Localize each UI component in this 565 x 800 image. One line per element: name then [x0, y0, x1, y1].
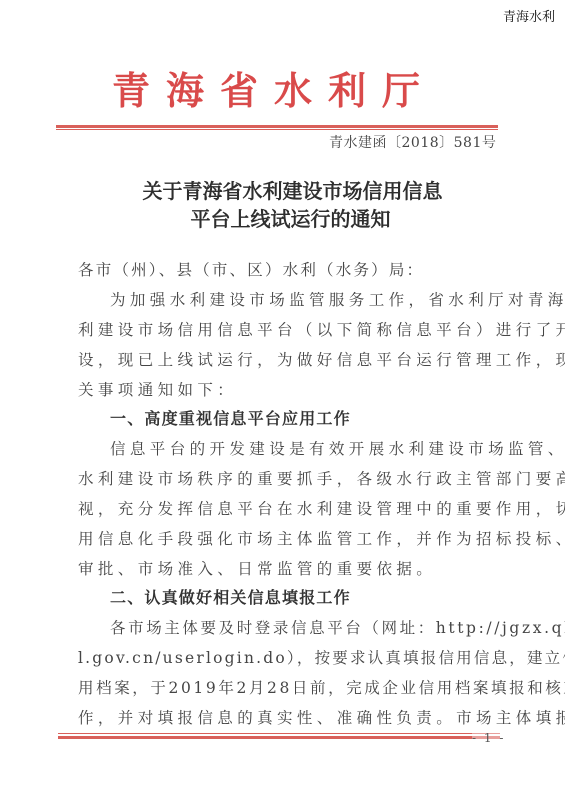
section-1-line: 水利建设市场秩序的重要抓手，各级水行政主管部门要高度重 — [78, 469, 565, 489]
body-paragraph-line: 设，现已上线试运行，为做好信息平台运行管理工作，现将有 — [78, 350, 565, 370]
body-paragraph-line: 利建设市场信用信息平台（以下简称信息平台）进行了开发建 — [78, 320, 565, 340]
footer-rule-thin — [58, 733, 500, 734]
section-2-heading: 二、认真做好相关信息填报工作 — [110, 588, 351, 608]
header-rule-thin — [56, 129, 498, 130]
document-title-line-2: 平台上线试运行的通知 — [8, 203, 565, 232]
footer-rule-thick — [58, 736, 500, 739]
organization-header: 青海省水利厅 — [112, 66, 452, 116]
section-1-line: 用信息化手段强化市场主体监管工作，并作为招标投标、行政 — [78, 529, 565, 549]
page-number: - 1 - — [472, 731, 505, 745]
body-paragraph-line: 为加强水利建设市场监管服务工作，省水利厅对青海省水 — [110, 290, 565, 310]
document-number: 青水建函〔2018〕581号 — [329, 132, 496, 152]
section-1-heading: 一、高度重视信息平台应用工作 — [110, 409, 351, 429]
section-2-line: 各市场主体要及时登录信息平台（网址：http://jgzx.qhs — [110, 618, 565, 638]
section-1-line: 信息平台的开发建设是有效开展水利建设市场监管、维护 — [110, 439, 565, 459]
section-1-line: 审批、市场准入、日常监管的重要依据。 — [78, 559, 436, 579]
section-2-line: 用档案，于2019年2月28日前，完成企业信用档案填报和核对工 — [78, 678, 565, 698]
body-paragraph-line: 关事项通知如下： — [78, 380, 237, 400]
section-1-line: 视，充分发挥信息平台在水利建设管理中的重要作用，切实利 — [78, 499, 565, 519]
header-rule-thick — [56, 125, 498, 128]
salutation: 各市（州）、县（市、区）水利（水务）局： — [78, 260, 424, 280]
section-2-line: l.gov.cn/userlogin.do），按要求认真填报信用信息，建立信 — [78, 648, 565, 668]
section-2-line: 作，并对填报信息的真实性、准确性负责。市场主体填报信息 — [78, 708, 565, 728]
document-title-line-1: 关于青海省水利建设市场信用信息 — [10, 175, 565, 204]
watermark-label: 青海水利 — [503, 6, 555, 25]
